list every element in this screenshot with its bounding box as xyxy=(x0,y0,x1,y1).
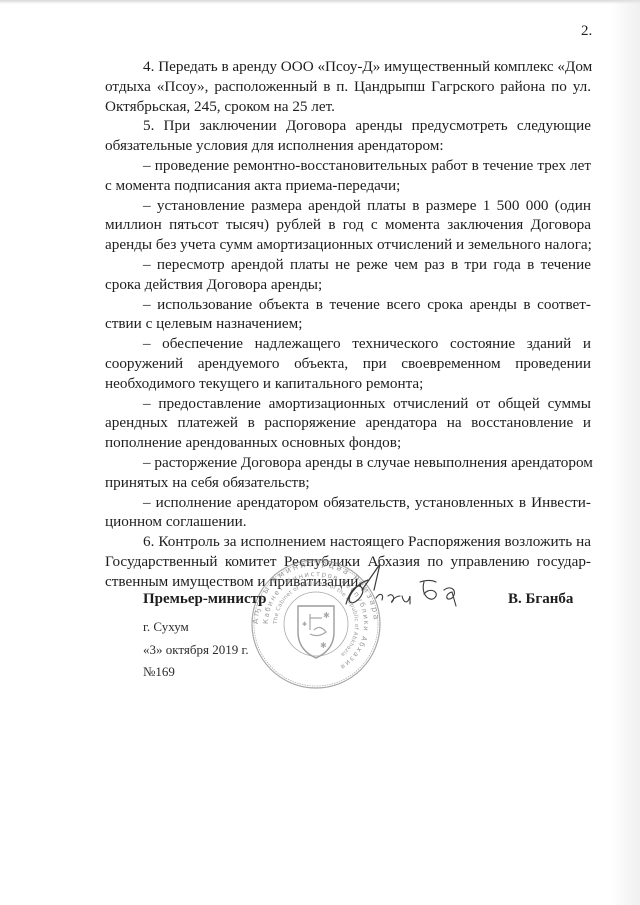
handwritten-signature xyxy=(340,560,470,620)
issue-city: г. Сухум xyxy=(143,619,189,635)
issue-date: «3» октября 2019 г. xyxy=(143,642,249,658)
signatory-title: Премьер-министр xyxy=(143,590,267,608)
svg-text:✱: ✱ xyxy=(320,641,327,650)
signatory-name: В. Бганба xyxy=(508,590,573,608)
signature-block: Аҧсны Аминистрцәа Реизара Кабинет Минист… xyxy=(0,0,640,905)
svg-text:✱: ✱ xyxy=(302,621,307,628)
document-page: 2. 4. Передать в аренду ООО «Псоу-Д» иму… xyxy=(0,0,640,905)
document-number: №169 xyxy=(143,664,175,680)
svg-text:✱: ✱ xyxy=(323,611,330,620)
